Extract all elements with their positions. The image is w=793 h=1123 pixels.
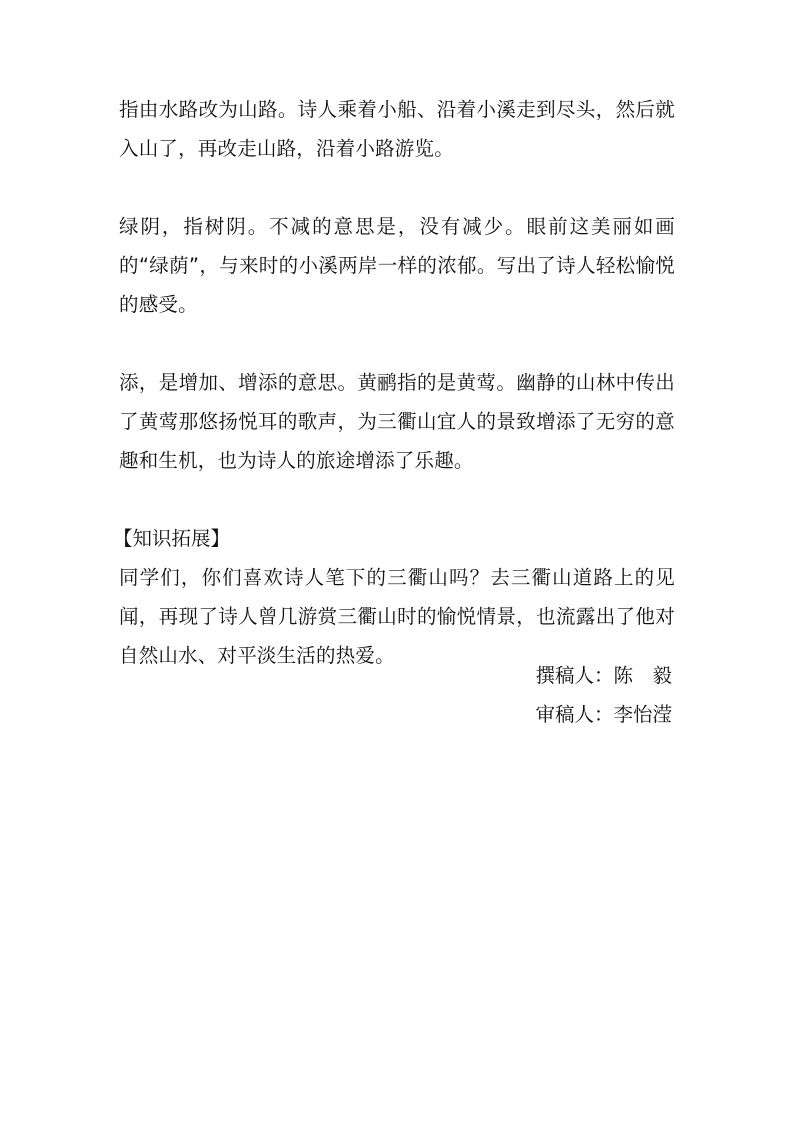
- paragraph-road-change: 指由水路改为山路。诗人乘着小船、沿着小溪走到尽头，然后就入山了，再改走山路，沿着…: [119, 90, 675, 168]
- document-body: 指由水路改为山路。诗人乘着小船、沿着小溪走到尽头，然后就入山了，再改走山路，沿着…: [119, 90, 675, 714]
- section-heading: 【知识拓展】: [113, 519, 675, 558]
- paragraph-green-shade: 绿阴，指树阴。不减的意思是，没有减少。眼前这美丽如画的“绿荫”，与来时的小溪两岸…: [119, 207, 675, 324]
- reviewer-credit: 审稿人：李怡滢: [535, 695, 672, 734]
- paragraph-oriole: 添，是增加、增添的意思。黄鹂指的是黄莺。幽静的山林中传出了黄莺那悠扬悦耳的歌声，…: [119, 363, 675, 480]
- knowledge-extension-section: 【知识拓展】 同学们，你们喜欢诗人笔下的三衢山吗？去三衢山道路上的见闻，再现了诗…: [119, 519, 675, 675]
- author-credit: 撰稿人：陈 毅: [535, 656, 672, 695]
